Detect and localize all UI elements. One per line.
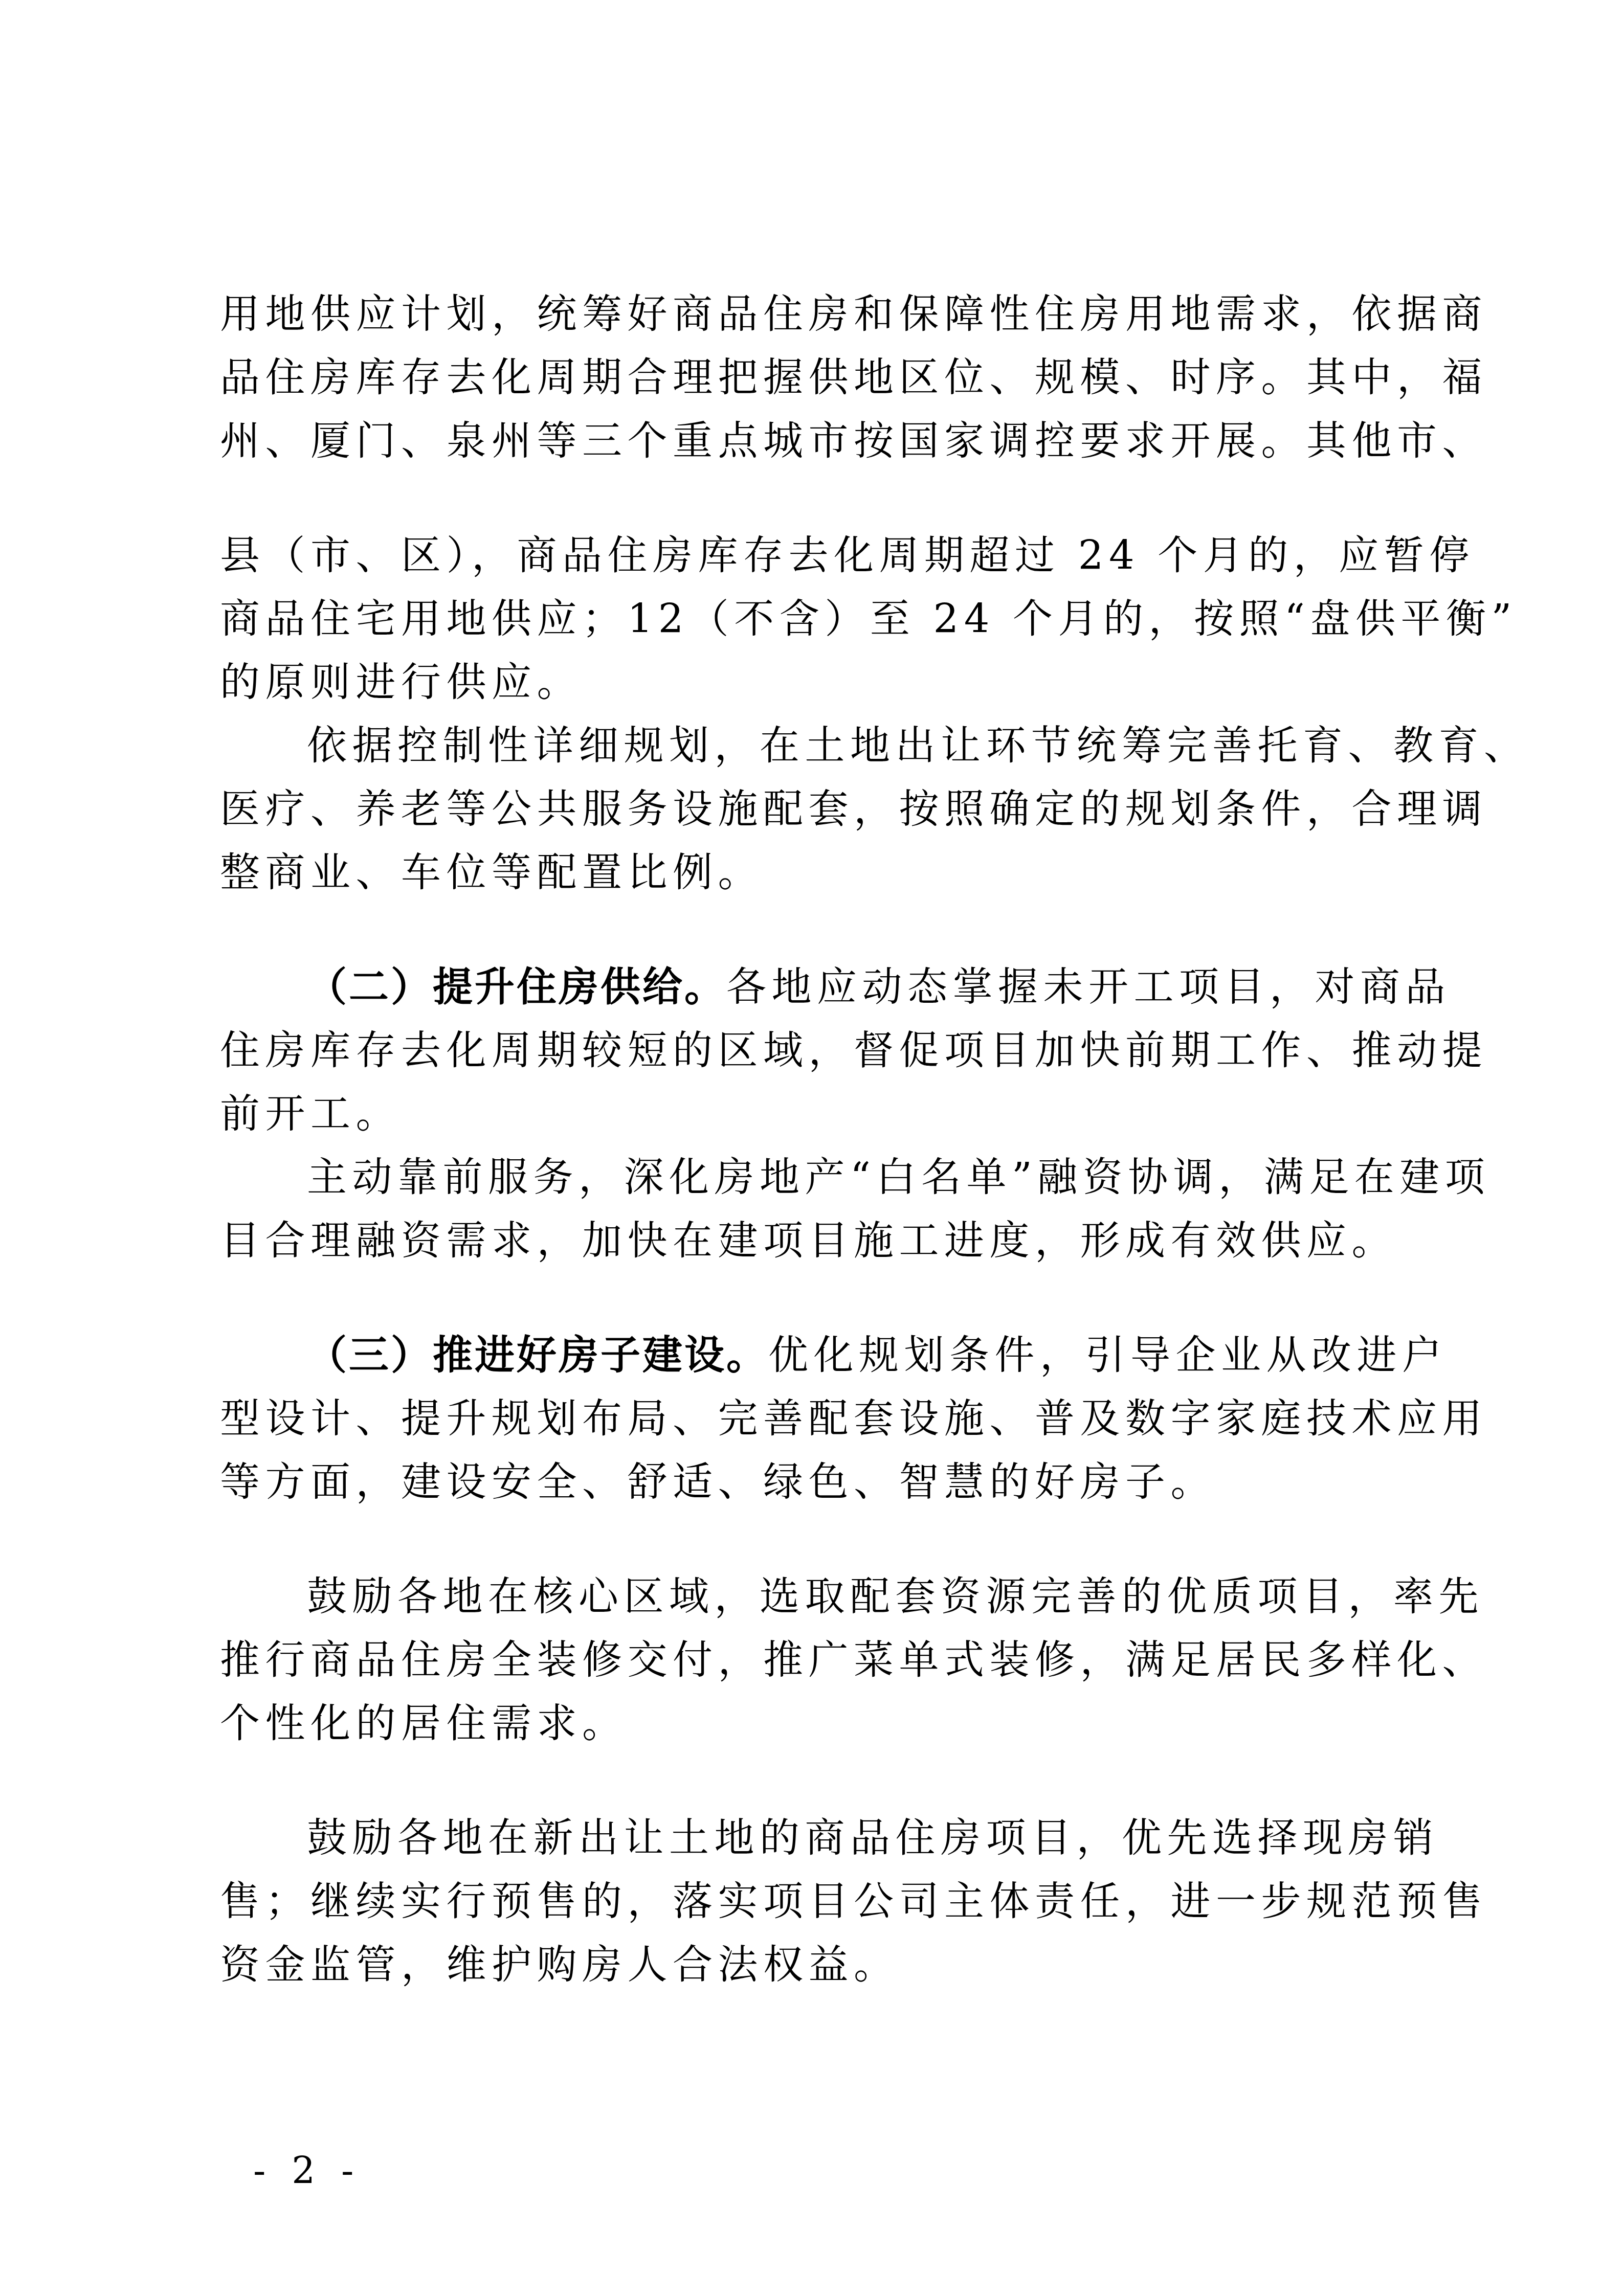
paragraph-4-line-1: 主动靠前服务，深化房地产“白名单”融资协调，满足在建项 (307, 1152, 1412, 1203)
paragraph-1-line-3: 州、厦门、泉州等三个重点城市按国家调控要求开展。其他市、 (220, 416, 1412, 467)
document-page: 用地供应计划，统筹好商品住房和保障性住房用地需求，依据商 品住房库存去化周期合理… (0, 0, 1624, 2296)
paragraph-3-line-1: （二）提升住房供给。 各地应动态掌握未开工项目，对商品 (307, 962, 1412, 1013)
paragraph-4-line-2: 目合理融资需求，加快在建项目施工进度，形成有效供应。 (220, 1215, 1412, 1267)
paragraph-7-line-1: 鼓励各地在新出让土地的商品住房项目，优先选择现房销 (307, 1813, 1412, 1864)
paragraph-5-line-1-text: 优化规划条件，引导企业从改进户 (768, 1330, 1448, 1381)
paragraph-1-line-4: 县（市、区），商品住房库存去化周期超过 24 个月的，应暂停 (220, 530, 1412, 581)
paragraph-2-line-3: 整商业、车位等配置比例。 (220, 847, 1412, 898)
paragraph-1-line-2: 品住房库存去化周期合理把握供地区位、规模、时序。其中，福 (220, 352, 1412, 403)
page-number: - 2 - (253, 2148, 361, 2194)
paragraph-1-line-5: 商品住宅用地供应；12（不含）至 24 个月的，按照“盘供平衡” (220, 594, 1412, 645)
paragraph-3-line-3: 前开工。 (220, 1089, 1412, 1140)
paragraph-6-line-3: 个性化的居住需求。 (220, 1698, 1412, 1749)
paragraph-6-line-1: 鼓励各地在核心区域，选取配套资源完善的优质项目，率先 (307, 1571, 1412, 1623)
paragraph-6-line-2: 推行商品住房全装修交付，推广菜单式装修，满足居民多样化、 (220, 1635, 1412, 1686)
section-heading-2: （二）提升住房供给。 (307, 962, 726, 1013)
section-heading-3: （三）推进好房子建设。 (307, 1330, 768, 1381)
paragraph-3-line-1-text: 各地应动态掌握未开工项目，对商品 (726, 962, 1451, 1013)
paragraph-5-line-2: 型设计、提升规划布局、完善配套设施、普及数字家庭技术应用 (220, 1393, 1412, 1445)
paragraph-5-line-3: 等方面，建设安全、舒适、绿色、智慧的好房子。 (220, 1457, 1412, 1508)
paragraph-7-line-2: 售；继续实行预售的，落实项目公司主体责任，进一步规范预售 (220, 1876, 1412, 1927)
paragraph-3-line-2: 住房库存去化周期较短的区域，督促项目加快前期工作、推动提 (220, 1025, 1412, 1076)
paragraph-1-line-6: 的原则进行供应。 (220, 657, 1412, 708)
paragraph-2-line-2: 医疗、养老等公共服务设施配套，按照确定的规划条件，合理调 (220, 784, 1412, 835)
paragraph-7-line-3: 资金监管，维护购房人合法权益。 (220, 1940, 1412, 1991)
paragraph-2-line-1: 依据控制性详细规划，在土地出让环节统筹完善托育、教育、 (307, 721, 1412, 772)
paragraph-1-line-1: 用地供应计划，统筹好商品住房和保障性住房用地需求，依据商 (220, 289, 1412, 340)
paragraph-5-line-1: （三）推进好房子建设。 优化规划条件，引导企业从改进户 (307, 1330, 1412, 1381)
